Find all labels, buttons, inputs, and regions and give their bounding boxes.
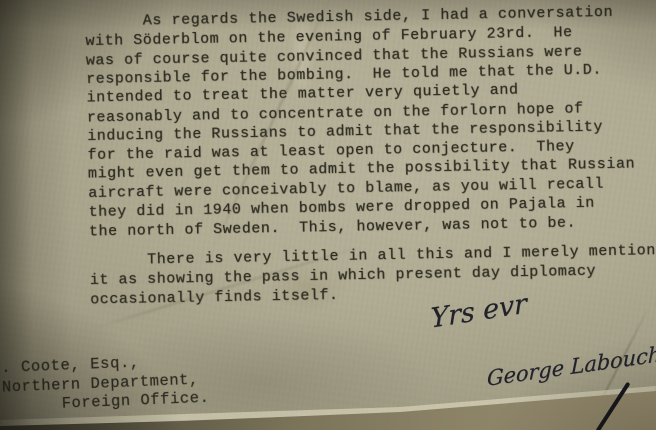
signature-name: George Labouchere <box>487 337 656 391</box>
letter-body: As regards the Swedish side, I had a con… <box>85 3 656 309</box>
letter-photograph: As regards the Swedish side, I had a con… <box>0 0 656 430</box>
paragraph-1: As regards the Swedish side, I had a con… <box>85 3 656 241</box>
paragraph-2: There is very little in all this and I m… <box>89 242 656 309</box>
recipient-address: D. Coote, Esq., Northern Department, For… <box>0 351 210 415</box>
letter-paper: As regards the Swedish side, I had a con… <box>0 0 656 430</box>
pen-stroke <box>595 382 630 430</box>
